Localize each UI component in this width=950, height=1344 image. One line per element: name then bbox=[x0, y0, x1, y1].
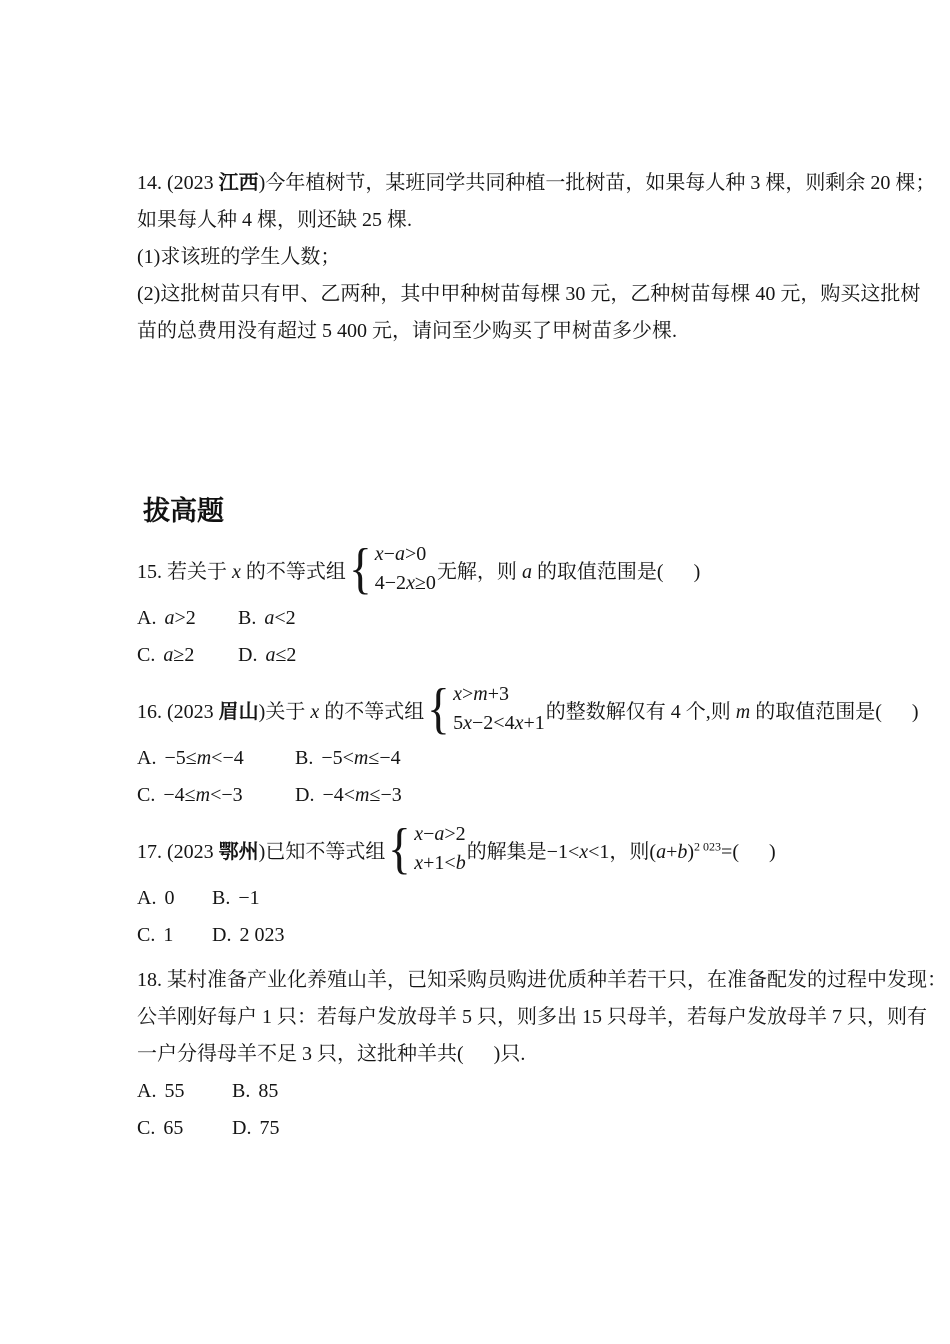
statement-suffix: 无解，则 a 的取值范围是( ) bbox=[437, 555, 700, 584]
options-row-ab: A.0 B.−1 bbox=[137, 880, 820, 917]
inequality-system: { x>m+3 5x−2<4x+1 bbox=[425, 680, 545, 738]
statement-prefix: 15. 若关于 x 的不等式组 bbox=[137, 555, 346, 584]
left-brace: { bbox=[427, 681, 450, 737]
inequality-row-1: x−a>0 bbox=[375, 540, 436, 569]
problem-18: 18. 某村准备产业化养殖山羊，已知采购员购进优质种羊若干只，在准备配发的过程中… bbox=[137, 962, 820, 1147]
option-d: D.a≤2 bbox=[238, 637, 296, 674]
inequality-system: { x−a>0 4−2x≥0 bbox=[347, 540, 436, 598]
problem-18-line-1: 18. 某村准备产业化养殖山羊，已知采购员购进优质种羊若干只，在准备配发的过程中… bbox=[137, 962, 820, 999]
inequality-system: { x−a>2 x+1<b bbox=[386, 820, 465, 878]
statement-suffix: 的解集是−1<x<1，则(a+b)2 023=( ) bbox=[467, 835, 776, 864]
option-c: C.65 bbox=[137, 1110, 227, 1147]
option-d: D.−4<m≤−3 bbox=[295, 777, 402, 814]
problem-18-line-3: 一户分得母羊不足 3 只，这批种羊共( )只. bbox=[137, 1036, 820, 1073]
option-b: B.−5<m≤−4 bbox=[295, 740, 401, 777]
option-b: B.−1 bbox=[212, 880, 260, 917]
options-row-cd: C.65 D.75 bbox=[137, 1110, 820, 1147]
statement-suffix: 的整数解仅有 4 个,则 m 的取值范围是( ) bbox=[546, 695, 919, 724]
option-c: C.a≥2 bbox=[137, 637, 233, 674]
statement-prefix: 16. (2023 眉山)关于 x 的不等式组 bbox=[137, 695, 424, 724]
inequality-row-2: x+1<b bbox=[414, 849, 465, 878]
option-a: A.a>2 bbox=[137, 600, 233, 637]
section-heading: 拔高题 bbox=[143, 496, 820, 526]
problem-15: 15. 若关于 x 的不等式组 { x−a>0 4−2x≥0 无解，则 a 的取… bbox=[137, 540, 820, 674]
option-b: B.a<2 bbox=[238, 600, 296, 637]
options-row-ab: A.a>2 B.a<2 bbox=[137, 600, 820, 637]
problem-18-line-2: 公羊刚好每户 1 只：若每户发放母羊 5 只，则多出 15 只母羊，若每户发放母… bbox=[137, 999, 820, 1036]
problem-17: 17. (2023 鄂州)已知不等式组 { x−a>2 x+1<b 的解集是−1… bbox=[137, 820, 820, 954]
option-c: C.−4≤m<−3 bbox=[137, 777, 290, 814]
left-brace: { bbox=[388, 821, 411, 877]
problem-17-statement: 17. (2023 鄂州)已知不等式组 { x−a>2 x+1<b 的解集是−1… bbox=[137, 820, 820, 878]
problem-14-part-2-line-1: (2)这批树苗只有甲、乙两种，其中甲种树苗每棵 30 元，乙种树苗每棵 40 元… bbox=[137, 276, 820, 313]
options-row-cd: C.a≥2 D.a≤2 bbox=[137, 637, 820, 674]
option-d: D.2 023 bbox=[212, 917, 284, 954]
problem-14-line-1: 14. (2023 江西)今年植树节，某班同学共同种植一批树苗，如果每人种 3 … bbox=[137, 165, 820, 202]
problem-16-statement: 16. (2023 眉山)关于 x 的不等式组 { x>m+3 5x−2<4x+… bbox=[137, 680, 820, 738]
problem-14-line-2: 如果每人种 4 棵，则还缺 25 棵. bbox=[137, 202, 820, 239]
options-row-ab: A.−5≤m<−4 B.−5<m≤−4 bbox=[137, 740, 820, 777]
problem-14-part-1: (1)求该班的学生人数； bbox=[137, 239, 820, 276]
inequality-row-1: x−a>2 bbox=[414, 820, 465, 849]
options-row-cd: C.1 D.2 023 bbox=[137, 917, 820, 954]
option-a: A.0 bbox=[137, 880, 207, 917]
inequality-row-2: 5x−2<4x+1 bbox=[453, 709, 545, 738]
inequality-row-1: x>m+3 bbox=[453, 680, 545, 709]
worksheet-page: 14. (2023 江西)今年植树节，某班同学共同种植一批树苗，如果每人种 3 … bbox=[0, 0, 950, 1187]
problem-16: 16. (2023 眉山)关于 x 的不等式组 { x>m+3 5x−2<4x+… bbox=[137, 680, 820, 814]
problem-14: 14. (2023 江西)今年植树节，某班同学共同种植一批树苗，如果每人种 3 … bbox=[137, 165, 820, 350]
options-row-ab: A.55 B.85 bbox=[137, 1073, 820, 1110]
option-a: A.55 bbox=[137, 1073, 227, 1110]
option-a: A.−5≤m<−4 bbox=[137, 740, 290, 777]
problem-14-part-2-line-2: 苗的总费用没有超过 5 400 元，请问至少购买了甲树苗多少棵. bbox=[137, 313, 820, 350]
option-b: B.85 bbox=[232, 1073, 278, 1110]
option-d: D.75 bbox=[232, 1110, 279, 1147]
inequality-row-2: 4−2x≥0 bbox=[375, 569, 436, 598]
options-row-cd: C.−4≤m<−3 D.−4<m≤−3 bbox=[137, 777, 820, 814]
statement-prefix: 17. (2023 鄂州)已知不等式组 bbox=[137, 835, 385, 864]
problem-15-statement: 15. 若关于 x 的不等式组 { x−a>0 4−2x≥0 无解，则 a 的取… bbox=[137, 540, 820, 598]
option-c: C.1 bbox=[137, 917, 207, 954]
left-brace: { bbox=[349, 541, 372, 597]
